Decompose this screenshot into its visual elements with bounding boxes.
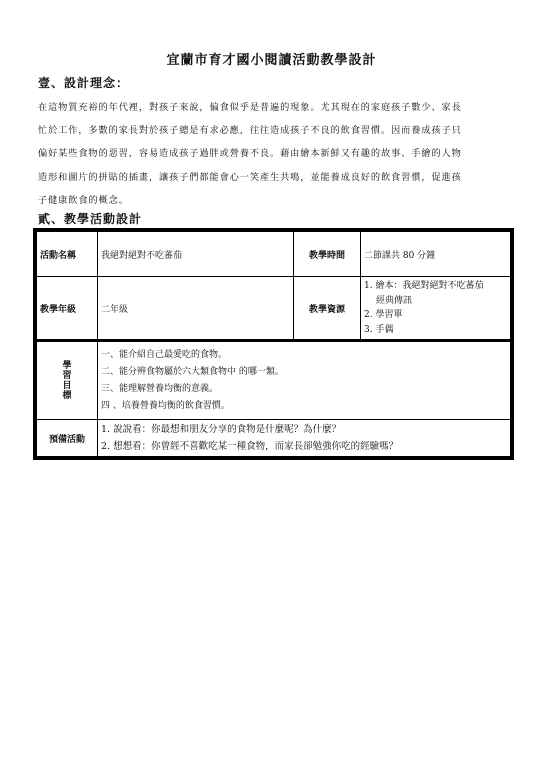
table-row: 活動名稱 我絕對絕對不吃蕃茄 教學時間 二節課共 80 分鐘 — [35, 230, 512, 277]
paragraph-line: 造形和圖片的拼貼的插畫，讓孩子們都能會心一笑產生共鳴，並能養成良好的飲食習慣，促… — [38, 166, 510, 189]
design-concept-paragraph: 在這物質充裕的年代裡，對孩子來說，偏食似乎是普遍的現象。尤其現在的家庭孩子數少、… — [38, 96, 510, 212]
objective-item: 二、能分辨食物屬於六大類食物中 的哪一類。 — [101, 364, 507, 381]
resource-item: 1. 繪本：我絕對絕對不吃蕃茄 — [364, 279, 507, 294]
section-heading-teaching-design: 貳、教學活動設計 — [38, 210, 142, 227]
resource-item-continuation: 經典傳訊 — [364, 294, 507, 309]
resource-number: 3. — [364, 325, 373, 335]
resource-text: 學習單 — [375, 310, 402, 320]
section-heading-design-concept: 壹、設計理念： — [38, 74, 129, 91]
paragraph-line: 偏好某些食物的惡習，容易造成孩子過胖或營養不良。藉由繪本新鮮又有趣的故事、手繪的… — [38, 142, 510, 165]
document-title: 宜蘭市育才國小閱讀活動教學設計 — [0, 49, 543, 68]
resources-list: 1. 繪本：我絕對絕對不吃蕃茄 經典傳訊 2. 學習單 3. 手偶 — [361, 277, 513, 341]
resource-text: 手偶 — [375, 325, 393, 335]
paragraph-line: 在這物質充裕的年代裡，對孩子來說，偏食似乎是普遍的現象。尤其現在的家庭孩子數少、… — [38, 96, 510, 119]
grade-value: 二年級 — [98, 277, 294, 341]
resources-label: 教學資源 — [294, 277, 361, 341]
label-char: 學 — [40, 361, 94, 371]
label-char: 習 — [40, 371, 94, 381]
resource-text: 繪本：我絕對絕對不吃蕃茄 — [375, 281, 483, 291]
objective-item: 四 、培養營養均衡的飲食習慣。 — [101, 398, 507, 415]
lesson-plan-table: 活動名稱 我絕對絕對不吃蕃茄 教學時間 二節課共 80 分鐘 教學年級 二年級 … — [33, 228, 514, 460]
table-row: 學 習 目 標 一、能介紹自己最愛吃的食物。 二、能分辨食物屬於六大類食物中 的… — [35, 341, 512, 420]
label-char: 標 — [40, 391, 94, 401]
label-char: 目 — [40, 381, 94, 391]
paragraph-line: 忙於工作，多數的家長對於孩子總是有求必應，往往造成孩子不良的飲食習慣。因而養成孩… — [38, 119, 510, 142]
resource-number: 2. — [364, 310, 373, 320]
activity-name-value: 我絕對絕對不吃蕃茄 — [98, 230, 294, 277]
activity-name-label: 活動名稱 — [35, 230, 98, 277]
resource-number: 1. — [364, 281, 373, 291]
paragraph-line: 子健康飲食的概念。 — [38, 189, 510, 212]
resource-item: 3. 手偶 — [364, 323, 507, 338]
table-row: 教學年級 二年級 教學資源 1. 繪本：我絕對絕對不吃蕃茄 經典傳訊 2. 學習… — [35, 277, 512, 341]
objectives-label: 學 習 目 標 — [35, 341, 98, 420]
prep-activity-label: 預備活動 — [35, 420, 98, 459]
prep-item: 2. 想想看：你曾經不喜歡吃某一種食物，而家長卻勉強你吃的經驗嗎？ — [101, 438, 507, 455]
table-row: 預備活動 1. 說說看：你最想和朋友分享的食物是什麼呢？為什麼？ 2. 想想看：… — [35, 420, 512, 459]
prep-item: 1. 說說看：你最想和朋友分享的食物是什麼呢？為什麼？ — [101, 421, 507, 438]
teaching-time-value: 二節課共 80 分鐘 — [361, 230, 513, 277]
objective-item: 一、能介紹自己最愛吃的食物。 — [101, 347, 507, 364]
grade-label: 教學年級 — [35, 277, 98, 341]
prep-activity-list: 1. 說說看：你最想和朋友分享的食物是什麼呢？為什麼？ 2. 想想看：你曾經不喜… — [98, 420, 513, 459]
resource-item: 2. 學習單 — [364, 308, 507, 323]
teaching-time-label: 教學時間 — [294, 230, 361, 277]
objectives-list: 一、能介紹自己最愛吃的食物。 二、能分辨食物屬於六大類食物中 的哪一類。 三、能… — [98, 341, 513, 420]
objective-item: 三、能理解營養均衡的意義。 — [101, 381, 507, 398]
